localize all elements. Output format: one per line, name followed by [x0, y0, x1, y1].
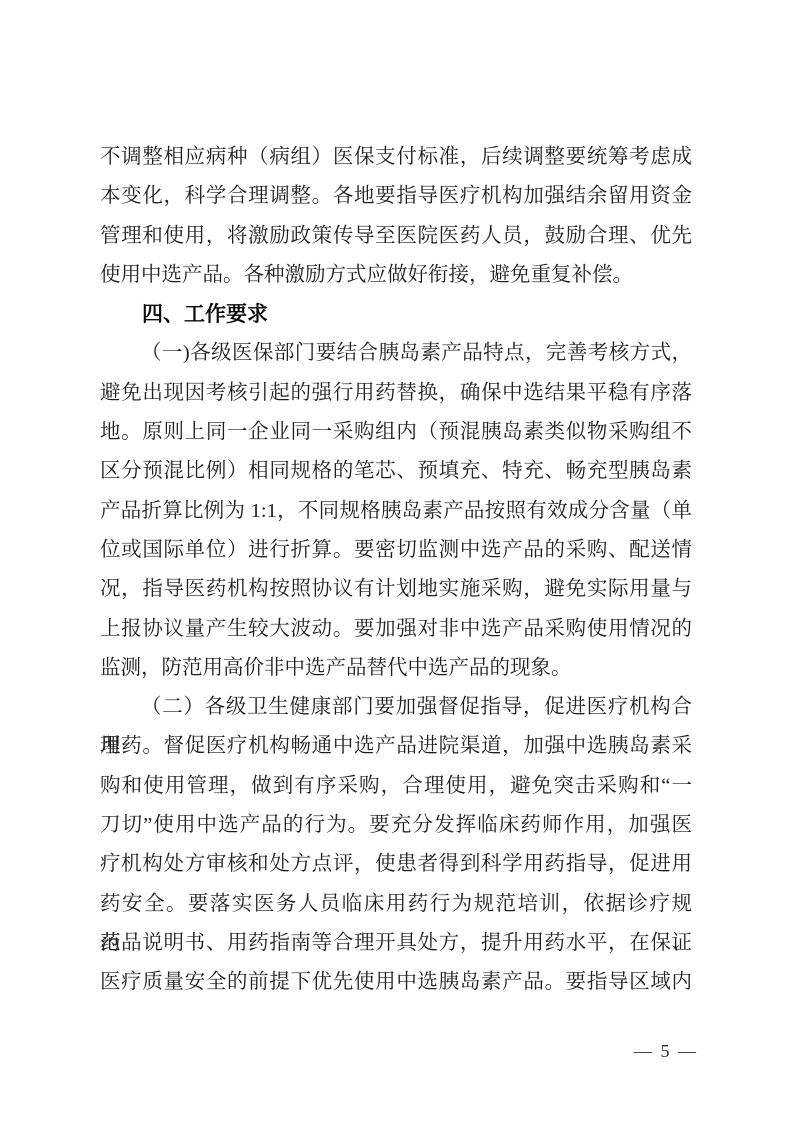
page-number: — 5 — — [634, 1041, 698, 1062]
text-line: 用药。督促医疗机构畅通中选产品进院渠道，加强中选胰岛素采 — [100, 727, 692, 766]
text-line: 地。原则上同一企业同一采购组内（预混胰岛素类似物采购组不 — [100, 413, 692, 452]
text-line: 疗机构处方审核和处方点评，使患者得到科学用药指导，促进用 — [100, 845, 692, 884]
text-line: 刀切”使用中选产品的行为。要充分发挥临床药师作用，加强医 — [100, 806, 692, 845]
text-line: 区分预混比例）相同规格的笔芯、预填充、特充、畅充型胰岛素 — [100, 452, 692, 491]
text-line: 况，指导医药机构按照协议有计划地实施采购，避免实际用量与 — [100, 570, 692, 609]
document-body: 不调整相应病种（病组）医保支付标准，后续调整要统筹考虑成本变化，科学合理调整。各… — [100, 138, 692, 1003]
text-line: 购和使用管理，做到有序采购，合理使用，避免突击采购和“一 — [100, 767, 692, 806]
text-line: 避免出现因考核引起的强行用药替换，确保中选结果平稳有序落 — [100, 374, 692, 413]
text-line: 医疗质量安全的前提下优先使用中选胰岛素产品。要指导区域内 — [100, 963, 692, 1002]
text-line: 使用中选产品。各种激励方式应做好衔接，避免重复补偿。 — [100, 256, 692, 295]
paragraph: （二）各级卫生健康部门要加强督促指导，促进医疗机构合理用药。督促医疗机构畅通中选… — [100, 688, 692, 1002]
paragraph: 不调整相应病种（病组）医保支付标准，后续调整要统筹考虑成本变化，科学合理调整。各… — [100, 138, 692, 295]
text-line: 药安全。要落实医务人员临床用药行为规范培训，依据诊疗规范、 — [100, 885, 692, 924]
text-line: （一)各级医保部门要结合胰岛素产品特点，完善考核方式， — [100, 334, 692, 373]
text-line: （二）各级卫生健康部门要加强督促指导，促进医疗机构合理 — [100, 688, 692, 727]
document-page: 不调整相应病种（病组）医保支付标准，后续调整要统筹考虑成本变化，科学合理调整。各… — [0, 0, 793, 1122]
paragraph: （一)各级医保部门要结合胰岛素产品特点，完善考核方式，避免出现因考核引起的强行用… — [100, 334, 692, 688]
text-line: 产品折算比例为 1:1，不同规格胰岛素产品按照有效成分含量（单 — [100, 492, 692, 531]
text-line: 药品说明书、用药指南等合理开具处方，提升用药水平，在保证 — [100, 924, 692, 963]
text-line: 上报协议量产生较大波动。要加强对非中选产品采购使用情况的 — [100, 610, 692, 649]
text-line: 本变化，科学合理调整。各地要指导医疗机构加强结余留用资金 — [100, 177, 692, 216]
text-line: 监测，防范用高价非中选产品替代中选产品的现象。 — [100, 649, 692, 688]
text-line: 不调整相应病种（病组）医保支付标准，后续调整要统筹考虑成 — [100, 138, 692, 177]
text-line: 四、工作要求 — [100, 295, 692, 334]
section-heading: 四、工作要求 — [100, 295, 692, 334]
text-line: 位或国际单位）进行折算。要密切监测中选产品的采购、配送情 — [100, 531, 692, 570]
text-line: 管理和使用，将激励政策传导至医院医药人员，鼓励合理、优先 — [100, 217, 692, 256]
